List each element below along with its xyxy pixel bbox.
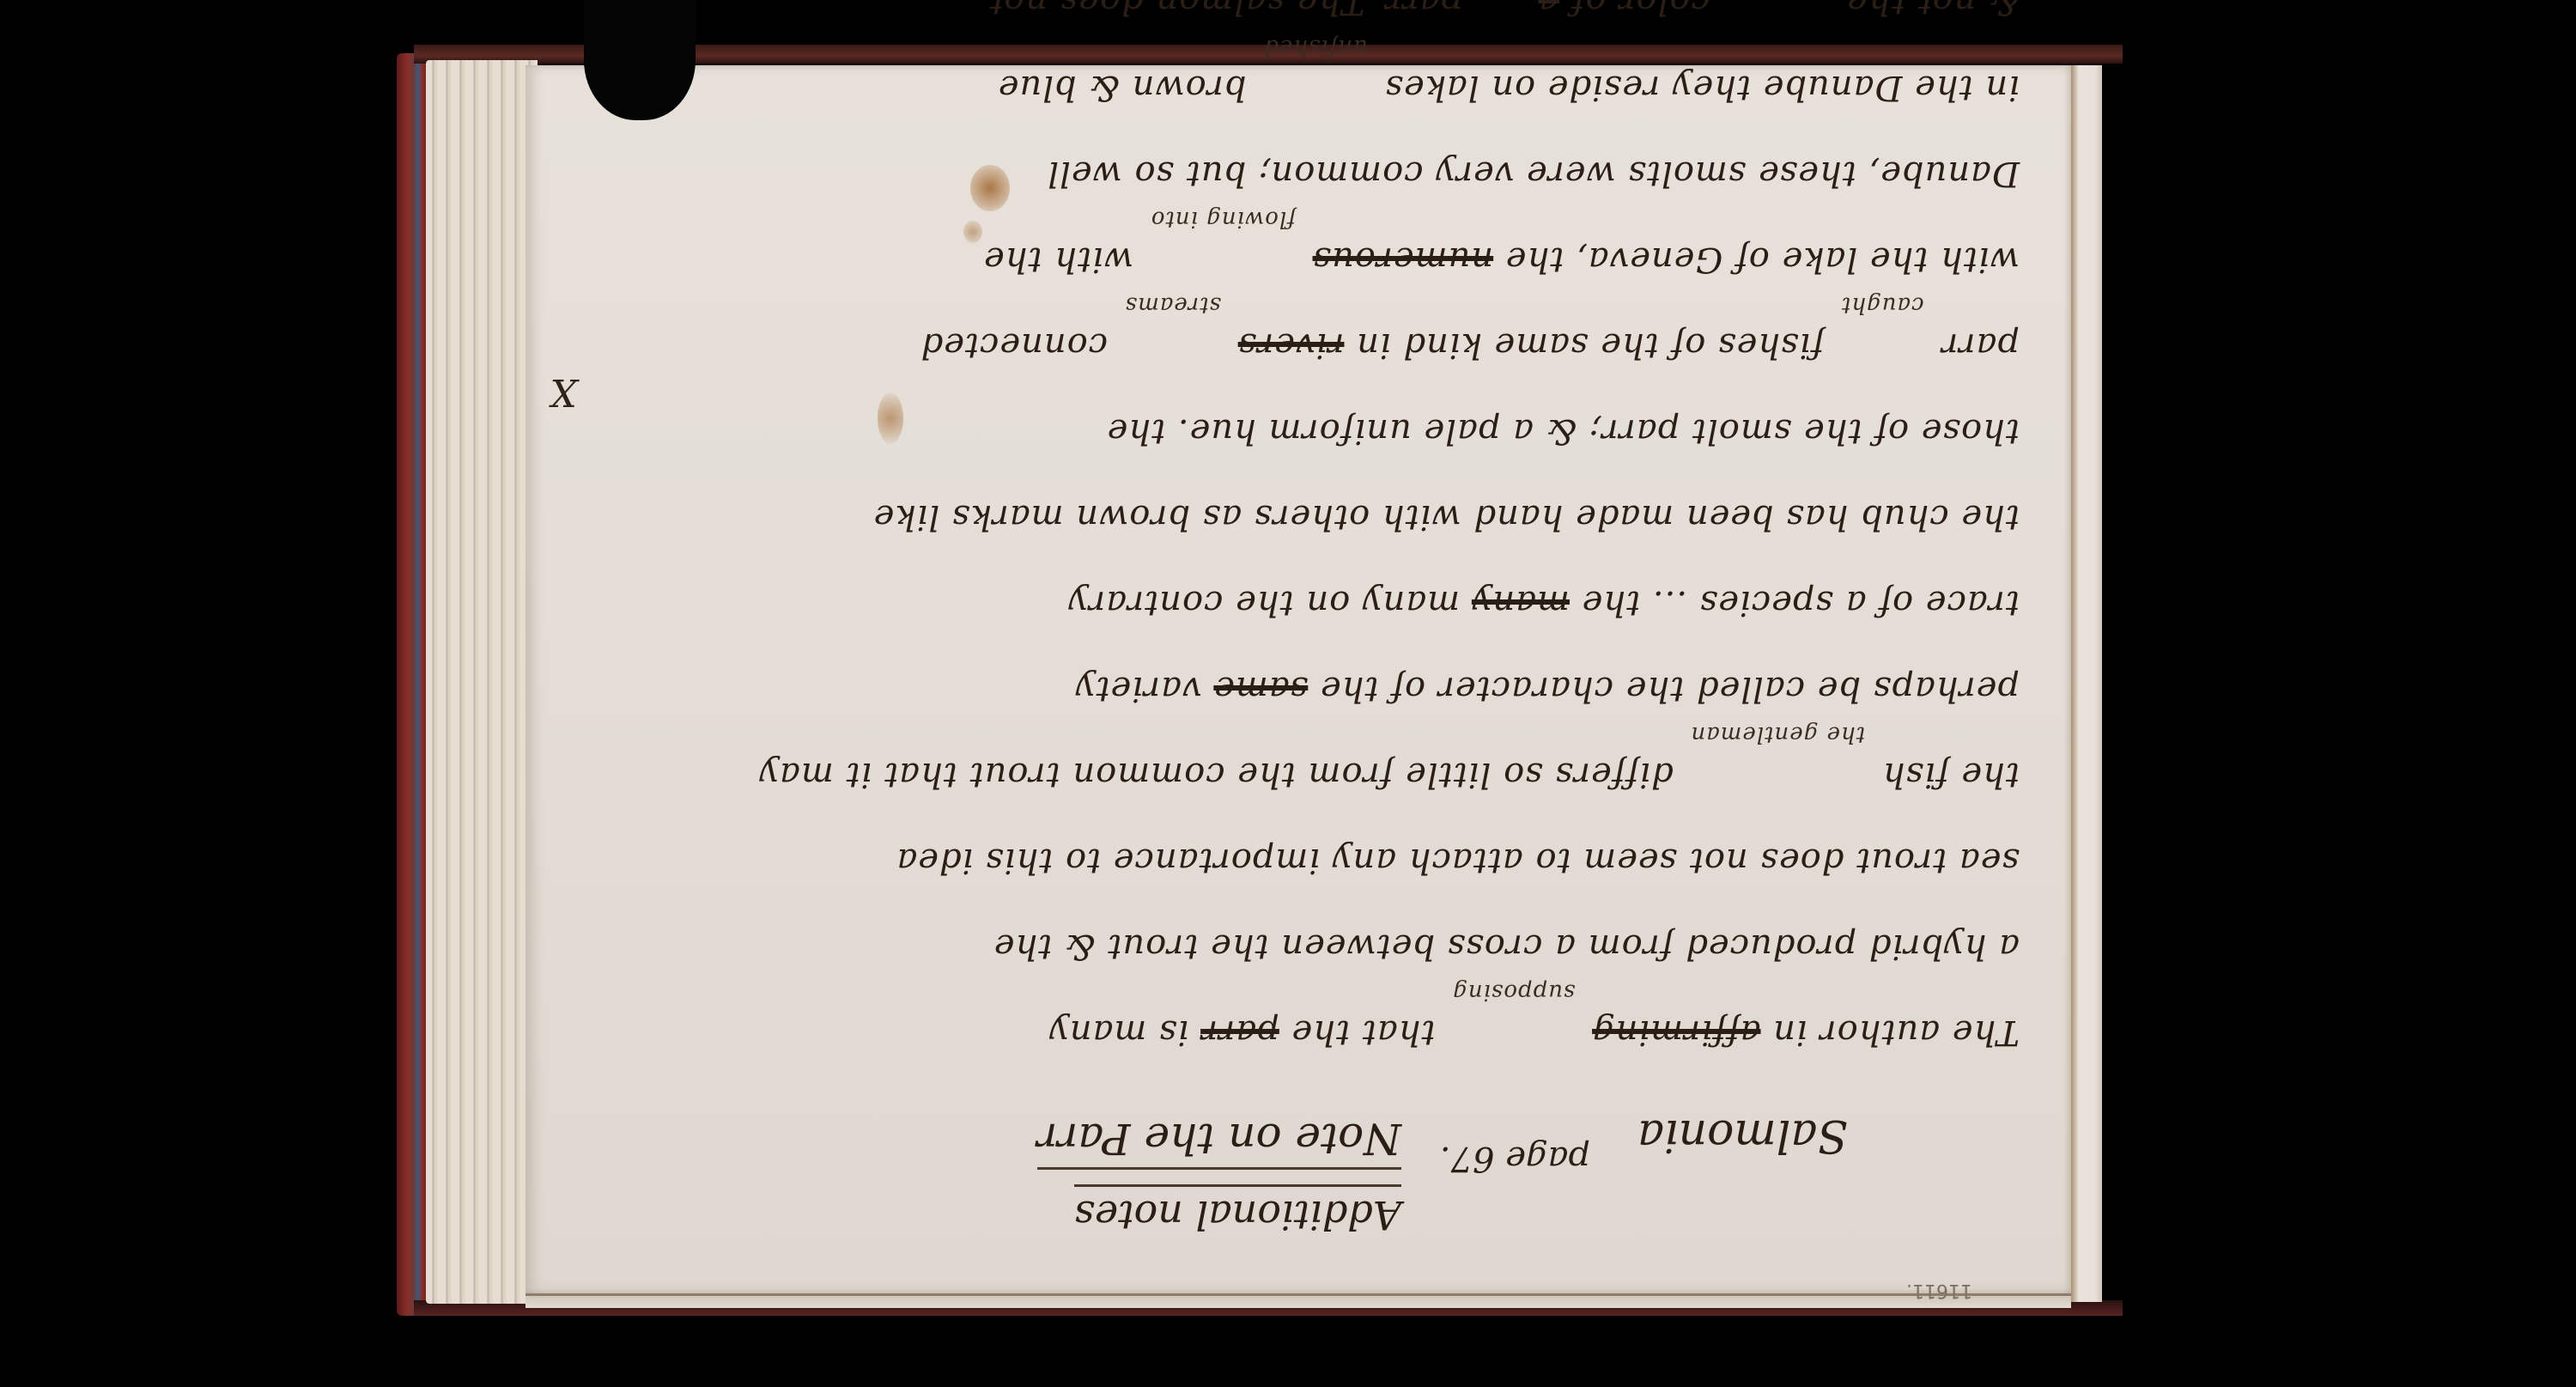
- heading-additional-notes: Additional notes: [1074, 1184, 1401, 1238]
- heading-note-title: Note on the Parr: [1037, 1114, 1401, 1170]
- text-line: sea trout does not seem to attach any im…: [543, 800, 2054, 886]
- line-text: the chub: [1860, 497, 2020, 537]
- heading-work-title: Salmonia: [1637, 1110, 1848, 1161]
- text-line: Danube, these smolts were very common; b…: [543, 113, 2054, 199]
- text-line: in the Danube they reside on lakes unfis…: [543, 27, 2054, 113]
- line-text: The author in: [1772, 1013, 2020, 1052]
- inserted-word: caught: [1841, 292, 1924, 318]
- line-text: has been made hand with others as brown …: [873, 497, 1849, 537]
- line-text: that the: [1291, 1013, 1436, 1052]
- line-text: brown & blue: [998, 68, 1247, 107]
- inserted-word: unfished: [1263, 34, 1368, 60]
- text-line: those of the smolt parr; & a pale unifor…: [543, 371, 2054, 457]
- line-text: differs so little from the common trout …: [758, 755, 1673, 794]
- page-stack-edges: [426, 60, 538, 1304]
- line-text: a hybrid produced from a cross between t…: [993, 927, 2020, 966]
- struck-word: a: [1538, 0, 1559, 21]
- line-text: many on the contrary: [1068, 583, 1461, 623]
- line-text: parr. The salmon does not: [988, 0, 1463, 21]
- struck-word: affirming: [1592, 1013, 1760, 1052]
- line-text: fishes of the same kind in: [1356, 325, 1824, 365]
- text-line: trace of a species ... the many many on …: [543, 543, 2054, 629]
- line-text: Danube, these smolts were very common; b…: [1047, 154, 2020, 193]
- notebook: Additional notes Salmonia page 67. Note …: [397, 45, 2123, 1316]
- line-text: is many: [1048, 1013, 1188, 1052]
- line-text: & not the: [1847, 0, 2020, 21]
- struck-word: many: [1472, 583, 1570, 623]
- heading-page-reference: page 67.: [1440, 1139, 1590, 1178]
- struck-word: rivers: [1238, 325, 1345, 365]
- line-text: in the Danube they reside on lakes: [1385, 68, 2020, 107]
- page-bottom-edge: [526, 1293, 2071, 1308]
- inserted-word: streams: [1125, 292, 1221, 318]
- line-text: color of: [1571, 0, 1710, 21]
- text-line: the fish the gentleman differs so little…: [543, 715, 2054, 800]
- text-line: a hybrid produced from a cross between t…: [543, 886, 2054, 972]
- book-weight: [584, 0, 696, 120]
- pencil-folio-mark: 11611.: [1906, 1280, 1972, 1301]
- line-text: connected: [920, 325, 1108, 365]
- inserted-word: supposing: [1452, 979, 1575, 1005]
- text-line: & not the death or color of a our parr. …: [543, 0, 2054, 27]
- line-text: sea trout does not seem to attach any im…: [896, 841, 2020, 880]
- text-line: parr caught fishes of the same kind in r…: [543, 285, 2054, 371]
- text-line: with the lake of Geneva, the numerous fl…: [543, 199, 2054, 285]
- line-text: those of the smolt parr; & a pale unifor…: [1107, 411, 2020, 451]
- text-line: perhaps be called the character of the s…: [543, 629, 2054, 715]
- struck-word: same: [1213, 669, 1308, 709]
- line-text: with the lake of Geneva, the: [1505, 240, 2020, 279]
- inserted-word: the gentleman: [1691, 721, 1866, 747]
- line-text: the fish: [1882, 755, 2020, 794]
- line-text: variety: [1075, 669, 1202, 709]
- text-line: The author in affirming supposing that t…: [543, 972, 2054, 1058]
- text-line: the chub has been made hand with others …: [543, 457, 2054, 543]
- line-text: perhaps be called the character of the: [1320, 669, 2020, 709]
- line-text: trace of a species ... the: [1582, 583, 2020, 623]
- struck-word: parr: [1200, 1013, 1279, 1052]
- page-right-edge: [2071, 65, 2102, 1302]
- line-text: with the: [983, 240, 1133, 279]
- handwritten-text-rotated: Additional notes Salmonia page 67. Note …: [543, 79, 2054, 1273]
- margin-note-x: X: [550, 370, 577, 414]
- text-lines: The author in affirming supposing that t…: [543, 0, 2054, 1058]
- struck-word: numerous: [1313, 240, 1494, 279]
- line-text: parr: [1941, 325, 2020, 365]
- inserted-word: flowing into: [1151, 206, 1296, 232]
